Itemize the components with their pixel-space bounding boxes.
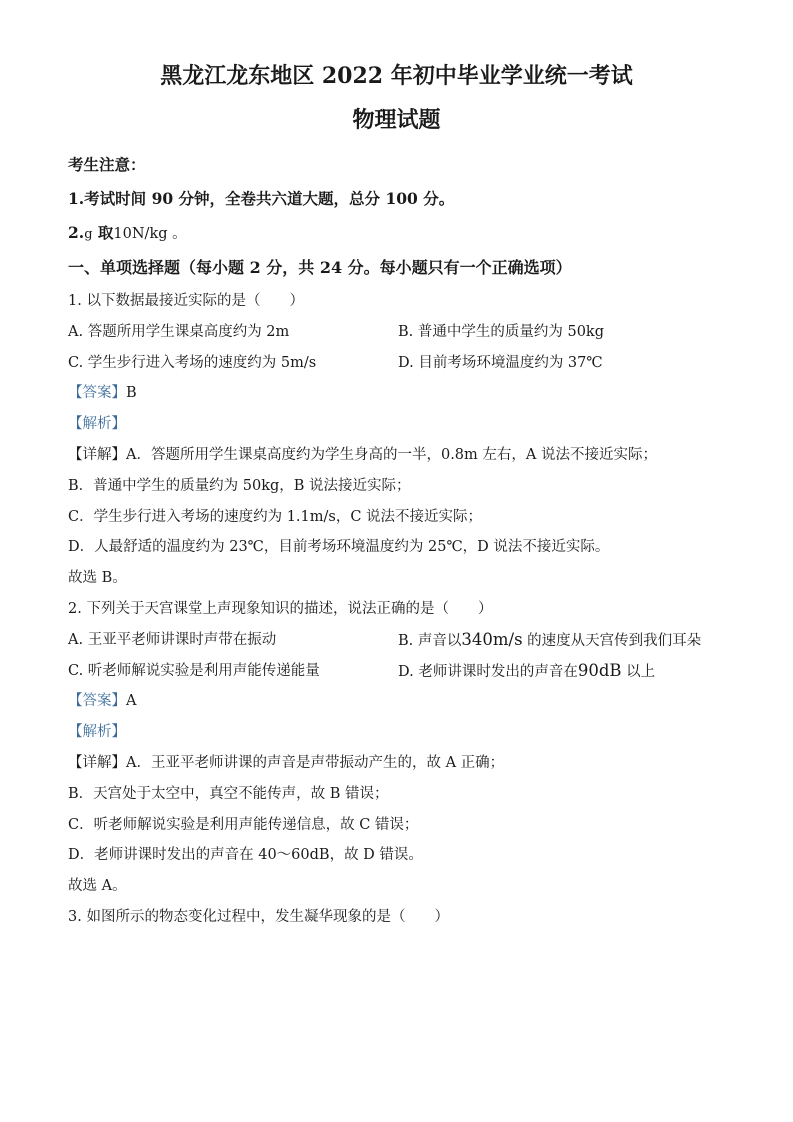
text-segment: 以上	[622, 664, 656, 680]
text-segment: 取	[93, 223, 114, 242]
question-1-conclusion: 故选 B。	[68, 563, 725, 594]
question-1-options-row-cd: C. 学生步行进入考场的速度约为 5m/s D. 目前考场环境温度约为 37℃	[68, 348, 725, 379]
question-1-option-b: B. 普通中学生的质量约为 50kg	[398, 317, 604, 348]
question-3-stem: 3. 如图所示的物态变化过程中，发生凝华现象的是（ ）	[68, 902, 725, 933]
text-segment: 10N/kg	[113, 226, 167, 242]
question-2-analysis-line: 【解析】	[68, 717, 725, 748]
question-2-option-c: C. 听老师解说实验是利用声能传递能量	[68, 656, 320, 687]
question-1-option-a: A. 答题所用学生课桌高度约为 2m	[68, 317, 289, 348]
answer-label: 【答案】	[68, 385, 126, 401]
question-2-option-b: B. 声音以340m/s 的速度从天宫传到我们耳朵	[398, 625, 701, 657]
question-1-option-c: C. 学生步行进入考场的速度约为 5m/s	[68, 348, 316, 379]
question-2-options-row-ab: A. 王亚平老师讲课时声带在振动 B. 声音以340m/s 的速度从天宫传到我们…	[68, 625, 725, 656]
text-segment: g	[84, 227, 92, 242]
question-2-detail-d: D．老师讲课时发出的声音在 40～60dB，故 D 错误。	[68, 840, 725, 871]
question-1-analysis-line: 【解析】	[68, 409, 725, 440]
notice-heading: 考生注意：	[68, 148, 725, 182]
document-subtitle: 物理试题	[68, 108, 725, 132]
question-2-detail-b: B．天宫处于太空中，真空不能传声，故 B 错误；	[68, 779, 725, 810]
text-segment: 2.	[68, 223, 84, 242]
section-heading: 一、单项选择题（每小题 2 分，共 24 分。每小题只有一个正确选项）	[68, 250, 725, 286]
question-2-answer-line: 【答案】A	[68, 686, 725, 717]
question-1-options-row-ab: A. 答题所用学生课桌高度约为 2m B. 普通中学生的质量约为 50kg	[68, 317, 725, 348]
document-page: 黑龙江龙东地区 2022 年初中毕业学业统一考试 物理试题 考生注意： 1.考试…	[0, 0, 793, 1122]
text-segment: D. 老师讲课时发出的声音在	[398, 664, 578, 680]
question-1-detail-c: C．学生步行进入考场的速度约为 1.1m/s，C 说法不接近实际；	[68, 502, 725, 533]
analysis-label: 【解析】	[68, 416, 126, 432]
document-title: 黑龙江龙东地区 2022 年初中毕业学业统一考试	[68, 64, 725, 88]
question-2-detail-a: 【详解】A．王亚平老师讲课的声音是声带振动产生的，故 A 正确；	[68, 748, 725, 779]
question-2-options-row-cd: C. 听老师解说实验是利用声能传递能量 D. 老师讲课时发出的声音在90dB 以…	[68, 656, 725, 687]
text-segment: 90dB	[578, 661, 622, 680]
question-2-option-a: A. 王亚平老师讲课时声带在振动	[68, 625, 276, 656]
question-1-option-d: D. 目前考场环境温度约为 37℃	[398, 348, 603, 379]
notice-item-1: 1.考试时间 90 分钟，全卷共六道大题，总分 100 分。	[68, 182, 725, 216]
answer-value: A	[126, 693, 136, 709]
analysis-label: 【解析】	[68, 724, 126, 740]
question-1-answer-line: 【答案】B	[68, 378, 725, 409]
text-segment: B. 声音以	[398, 633, 461, 649]
question-1-detail-b: B．普通中学生的质量约为 50kg，B 说法接近实际；	[68, 471, 725, 502]
question-1-detail-a: 【详解】A．答题所用学生课桌高度约为学生身高的一半，0.8m 左右，A 说法不接…	[68, 440, 725, 471]
text-segment: 。	[168, 226, 187, 242]
question-2-conclusion: 故选 A。	[68, 871, 725, 902]
question-1-stem: 1. 以下数据最接近实际的是（ ）	[68, 286, 725, 317]
question-2-option-d: D. 老师讲课时发出的声音在90dB 以上	[398, 656, 655, 688]
answer-label: 【答案】	[68, 693, 126, 709]
answer-value: B	[126, 385, 137, 401]
notice-item-2: 2.g 取10N/kg 。	[68, 216, 725, 250]
question-2-stem: 2. 下列关于天宫课堂上声现象知识的描述，说法正确的是（ ）	[68, 594, 725, 625]
text-segment: 的速度从天宫传到我们耳朵	[523, 633, 702, 649]
text-segment: 340m/s	[461, 630, 522, 649]
notice-block: 考生注意： 1.考试时间 90 分钟，全卷共六道大题，总分 100 分。 2.g…	[68, 148, 725, 250]
question-2-detail-c: C．听老师解说实验是利用声能传递信息，故 C 错误；	[68, 810, 725, 841]
question-1-detail-d: D．人最舒适的温度约为 23℃，目前考场环境温度约为 25℃，D 说法不接近实际…	[68, 532, 725, 563]
